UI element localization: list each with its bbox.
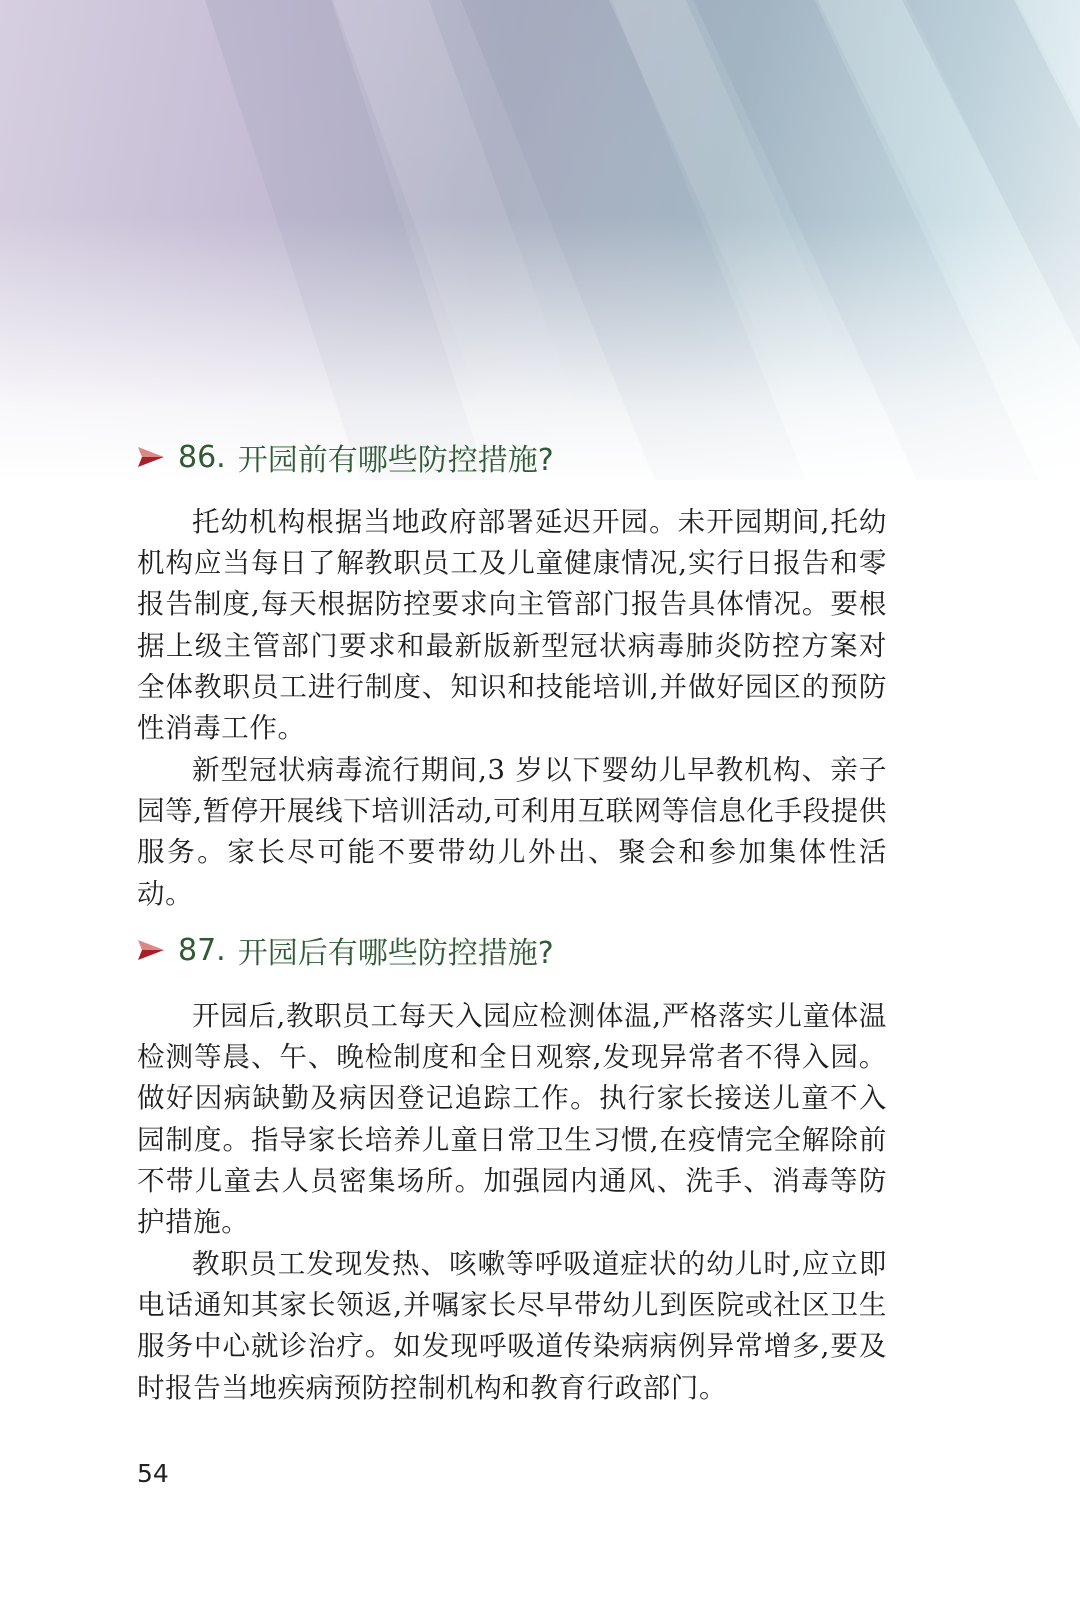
document-page: 86. 开园前有哪些防控措施? 托幼机构根据当地政府部署延迟开园。未开园期间,托… (0, 0, 1080, 1620)
page-number: 54 (137, 1459, 169, 1488)
section-heading-87: 87. 开园后有哪些防控措施? (138, 928, 554, 972)
paragraph: 新型冠状病毒流行期间,3 岁以下婴幼儿早教机构、亲子园等,暂停开展线下培训活动,… (137, 750, 887, 915)
section-number: 86. (178, 440, 226, 475)
section-title: 开园后有哪些防控措施? (238, 928, 554, 972)
paragraph: 托幼机构根据当地政府部署延迟开园。未开园期间,托幼机构应当每日了解教职员工及儿童… (137, 502, 887, 749)
section-heading-86: 86. 开园前有哪些防控措施? (138, 435, 554, 479)
arrow-bullet-icon (138, 447, 164, 467)
paragraph: 开园后,教职员工每天入园应检测体温,严格落实儿童体温检测等晨、午、晚检制度和全日… (137, 996, 887, 1243)
section-title: 开园前有哪些防控措施? (238, 435, 554, 479)
arrow-bullet-icon (138, 940, 164, 960)
paragraph: 教职员工发现发热、咳嗽等呼吸道症状的幼儿时,应立即电话通知其家长领返,并嘱家长尽… (137, 1244, 887, 1409)
section-number: 87. (178, 933, 226, 968)
